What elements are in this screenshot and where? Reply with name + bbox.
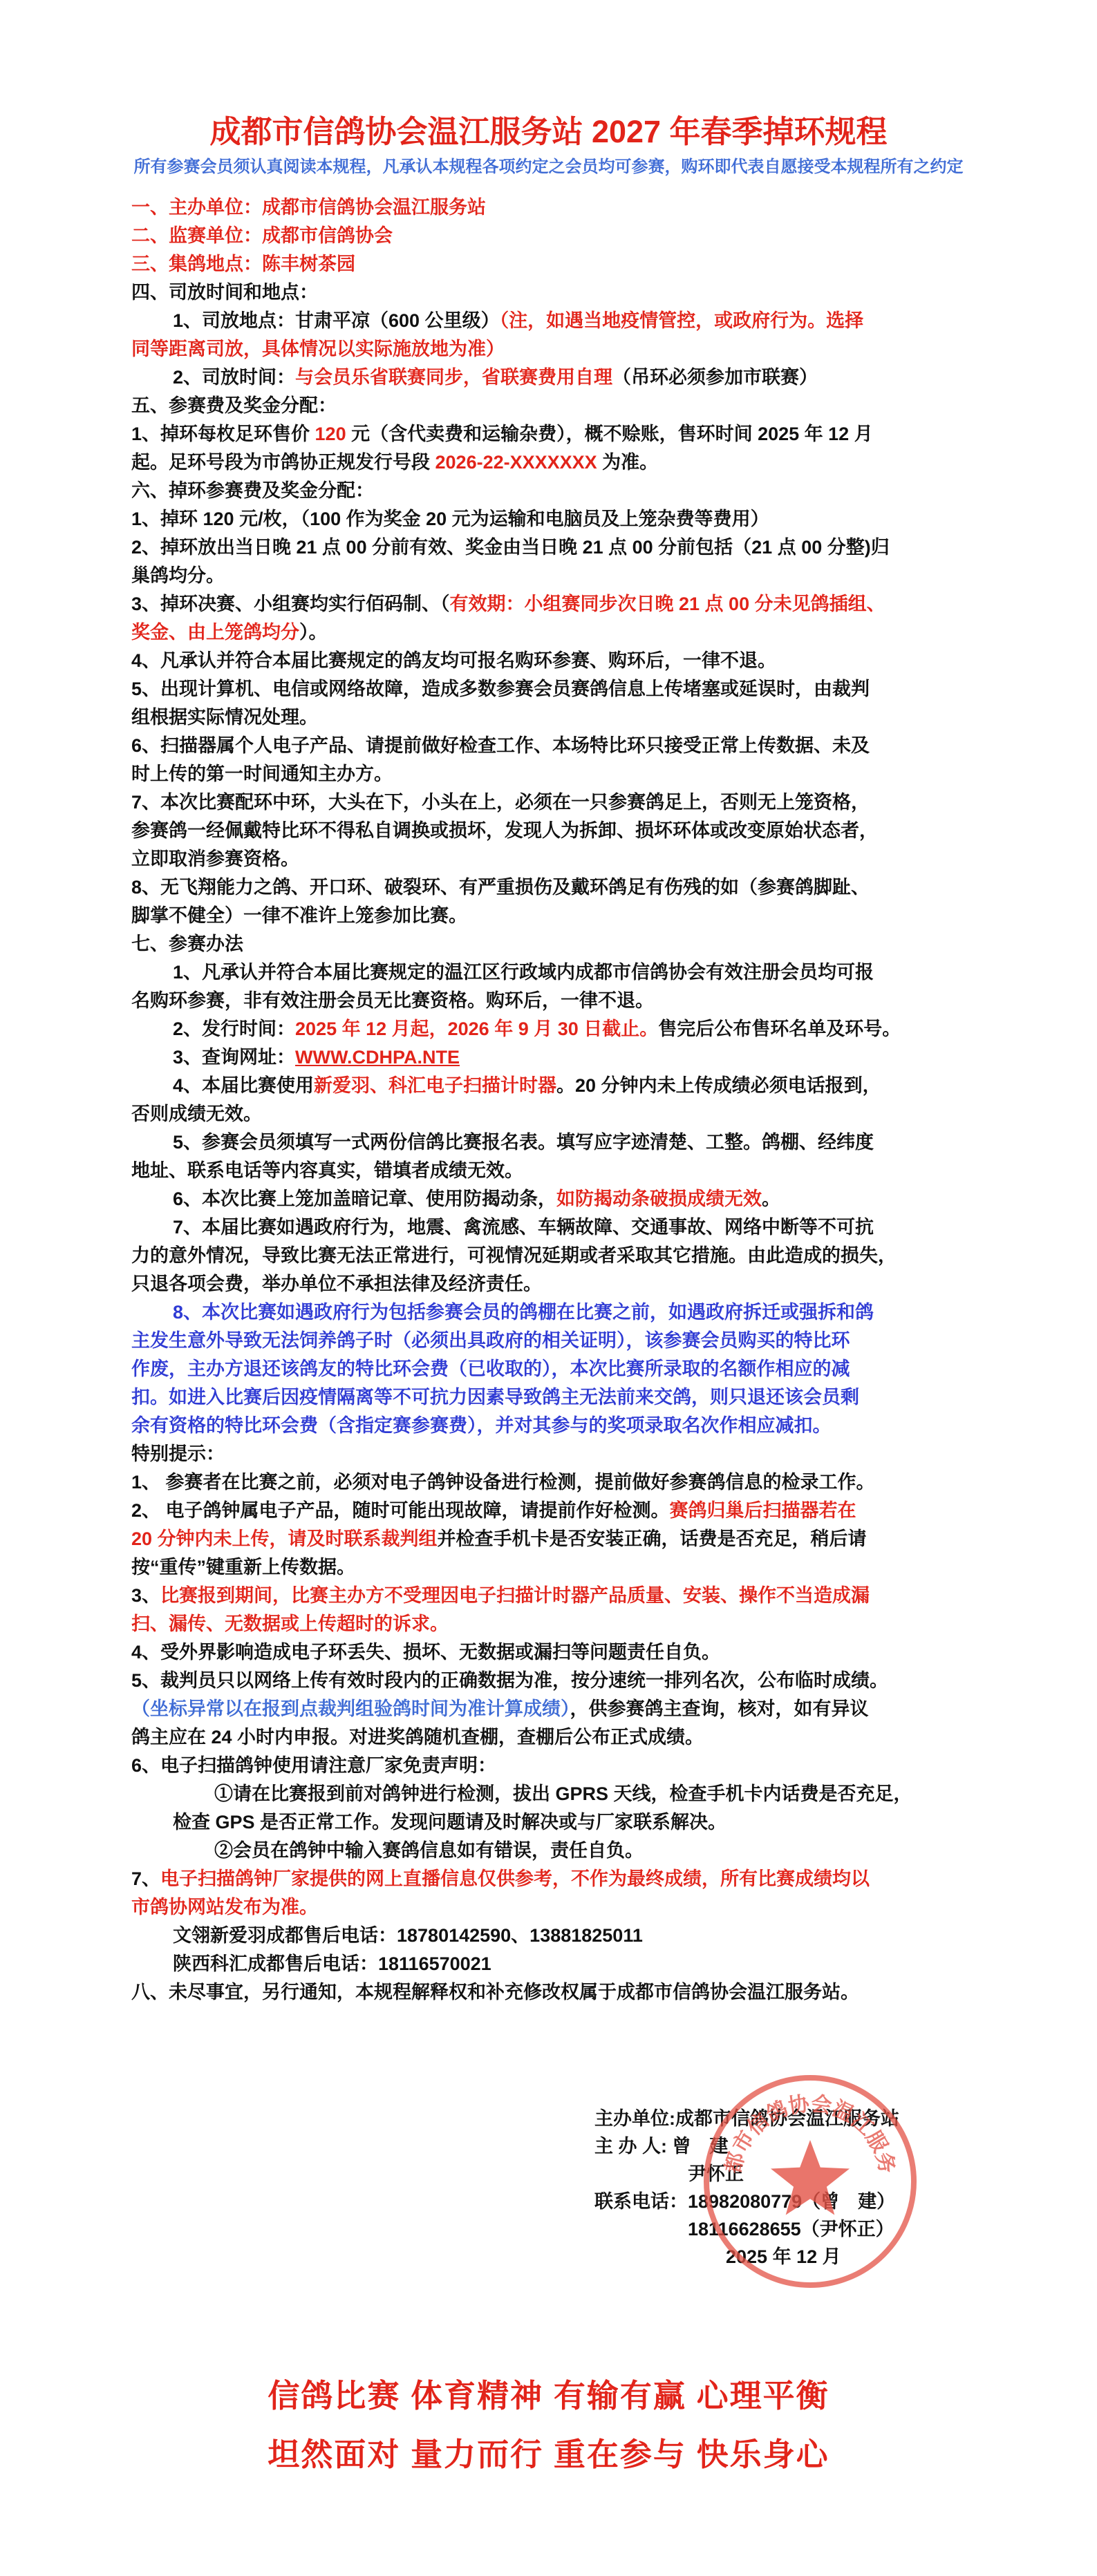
doc-line: 名购环参赛，非有效注册会员无比赛资格。购环后，一律不退。 <box>131 987 966 1015</box>
doc-line: 特别提示： <box>131 1440 966 1468</box>
text-segment: 。20 分钟内未上传成绩必须电话报到， <box>556 1075 881 1096</box>
text-segment: 5、出现计算机、电信或网络故障，造成多数参赛会员赛鸽信息上传堵塞或延误时，由裁判 <box>131 679 870 699</box>
doc-line: 检查 GPS 是否正常工作。发现问题请及时解决或与厂家联系解决。 <box>131 1808 966 1837</box>
text-segment: 奖金、由上笼鸽均分 <box>131 622 299 643</box>
text-segment: 2、 电子鸽钟属电子产品，随时可能出现故障，请提前作好检测。 <box>131 1500 670 1521</box>
doc-line: 2、司放时间：与会员乐省联赛同步，省联赛费用自理（吊环必须参加市联赛） <box>131 363 966 392</box>
doc-line: 组根据实际情况处理。 <box>131 703 966 732</box>
text-segment: 参赛鸽一经佩戴特比环不得私自调换或损坏，发现人为拆卸、损坏环体或改变原始状态者， <box>131 820 878 841</box>
doc-line: 3、比赛报到期间，比赛主办方不受理因电子扫描计时器产品质量、安装、操作不当造成漏 <box>131 1582 966 1610</box>
text-segment: 巢鸽均分。 <box>131 565 225 586</box>
text-segment: 为准。 <box>597 452 659 473</box>
doc-line: 扫、漏传、无数据或上传超时的诉求。 <box>131 1610 966 1638</box>
doc-line: 二、监赛单位：成都市信鸽协会 <box>131 222 966 250</box>
text-segment: 陕西科汇成都售后电话：18116570021 <box>173 1953 491 1974</box>
doc-line: 余有资格的特比环会费（含指定赛参赛费），并对其参与的奖项录取名次作相应减扣。 <box>131 1412 966 1440</box>
text-segment: 6、本次比赛上笼加盖暗记章、使用防揭动条， <box>173 1188 556 1209</box>
doc-line: 五、参赛费及奖金分配： <box>131 392 966 420</box>
text-segment: 7、本届比赛如遇政府行为，地震、禽流感、车辆故障、交通事故、网络中断等不可抗 <box>173 1217 874 1238</box>
text-segment: 3、掉环决赛、小组赛均实行佰码制、（ <box>131 594 450 614</box>
text-segment: 2026-22-XXXXXXX <box>435 452 597 473</box>
doc-line: 扣。如进入比赛后因疫情隔离等不可抗力因素导致鸽主无法前来交鸽，则只退还该会员剩 <box>131 1383 966 1412</box>
document-page: 成都市信鸽协会温江服务站 2027 年春季掉环规程 所有参赛会员须认真阅读本规程… <box>0 0 1097 2576</box>
text-segment: 按“重传”键重新上传数据。 <box>131 1557 355 1578</box>
text-segment: 组根据实际情况处理。 <box>131 707 318 728</box>
doc-line: 四、司放时间和地点： <box>131 278 966 307</box>
doc-line: ①请在比赛报到前对鸽钟进行检测，拔出 GPRS 天线，检查手机卡内话费是否充足， <box>131 1780 966 1808</box>
text-segment: 市鸽协网站发布为准。 <box>131 1897 318 1917</box>
text-segment: ①请在比赛报到前对鸽钟进行检测，拔出 GPRS 天线，检查手机卡内话费是否充足， <box>214 1783 912 1804</box>
text-segment: 元（含代卖费和运输杂费），概不赊账，售环时间 2025 年 12 月 <box>346 424 873 444</box>
text-segment: （坐标异常以在报到点裁判组验鸽时间为准计算成绩） <box>131 1698 570 1719</box>
doc-line: 八、未尽事宜，另行通知，本规程解释权和补充修改权属于成都市信鸽协会温江服务站。 <box>131 1978 966 2007</box>
text-segment: 7、本次比赛配环中环，大头在下，小头在上，必须在一只参赛鸽足上，否则无上笼资格， <box>131 792 870 813</box>
text-segment: 特别提示： <box>131 1443 225 1464</box>
slogan-line-1: 信鸽比赛 体育精神 有输有赢 心理平衡 <box>0 2367 1097 2425</box>
text-segment: 文翎新爱羽成都售后电话：18780142590、13881825011 <box>173 1925 643 1946</box>
text-segment: ，供参赛鸽主查询，核对，如有异议 <box>570 1698 869 1719</box>
doc-content: 成都市信鸽协会温江服务站 2027 年春季掉环规程 所有参赛会员须认真阅读本规程… <box>0 0 1097 2007</box>
text-segment: 1、掉环每枚足环售价 <box>131 424 315 444</box>
text-segment: 6、电子扫描鸽钟使用请注意厂家免责声明： <box>131 1755 496 1776</box>
stamp-star-icon <box>771 2140 850 2215</box>
doc-line: 1、司放地点：甘肃平凉（600 公里级）（注，如遇当地疫情管控，或政府行为。选择 <box>131 307 966 335</box>
text-segment: 8、本次比赛如遇政府行为包括参赛会员的鸽棚在比赛之前，如遇政府拆迁或强拆和鸽 <box>173 1302 874 1323</box>
official-stamp: 成都市信鸽协会温江服务站 <box>691 2063 930 2301</box>
text-segment: 3、查询网址： <box>173 1047 295 1068</box>
doc-line: 力的意外情况，导致比赛无法正常进行，可视情况延期或者采取其它措施。由此造成的损失… <box>131 1242 966 1270</box>
doc-line: 脚掌不健全）一律不准许上笼参加比赛。 <box>131 902 966 930</box>
doc-line: 1、掉环 120 元/枚，（100 作为奖金 20 元为运输和电脑员及上笼杂费等… <box>131 505 966 533</box>
text-segment: 立即取消参赛资格。 <box>131 849 299 869</box>
doc-line: 鸽主应在 24 小时内申报。对进奖鸽随机查棚，查棚后公布正式成绩。 <box>131 1723 966 1752</box>
doc-line: 20 分钟内未上传，请及时联系裁判组并检查手机卡是否安装正确，话费是否充足，稍后… <box>131 1525 966 1553</box>
text-segment: （吊环必须参加市联赛） <box>612 367 818 388</box>
text-segment: 1、 参赛者在比赛之前，必须对电子鸽钟设备进行检测，提前做好参赛鸽信息的检录工作… <box>131 1472 875 1493</box>
doc-line: 2、发行时间：2025 年 12 月起，2026 年 9 月 30 日截止。售完… <box>131 1015 966 1043</box>
doc-line: 7、本届比赛如遇政府行为，地震、禽流感、车辆故障、交通事故、网络中断等不可抗 <box>131 1213 966 1242</box>
doc-line: 5、出现计算机、电信或网络故障，造成多数参赛会员赛鸽信息上传堵塞或延误时，由裁判 <box>131 675 966 703</box>
text-segment: 扫、漏传、无数据或上传超时的诉求。 <box>131 1613 449 1634</box>
text-segment: 八、未尽事宜，另行通知，本规程解释权和补充修改权属于成都市信鸽协会温江服务站。 <box>131 1982 859 2002</box>
text-segment: 4、受外界影响造成电子环丢失、损坏、无数据或漏扫等问题责任自负。 <box>131 1642 720 1663</box>
text-segment: 作废，主办方退还该鸽友的特比环会费（已收取的），本次比赛所录取的名额作相应的减 <box>131 1358 850 1379</box>
text-segment: 1、凡承认并符合本届比赛规定的温江区行政域内成都市信鸽协会有效注册会员均可报 <box>173 962 874 983</box>
doc-title: 成都市信鸽协会温江服务站 2027 年春季掉环规程 <box>131 111 966 153</box>
doc-line: 3、查询网址：WWW.CDHPA.NTE <box>131 1043 966 1072</box>
text-segment: 4、本届比赛使用 <box>173 1075 314 1096</box>
doc-line: 2、 电子鸽钟属电子产品，随时可能出现故障，请提前作好检测。赛鸽归巢后扫描器若在 <box>131 1497 966 1525</box>
doc-line: 5、裁判员只以网络上传有效时段内的正确数据为准，按分速统一排列名次，公布临时成绩… <box>131 1667 966 1695</box>
doc-line: 否则成绩无效。 <box>131 1100 966 1128</box>
doc-line: 时上传的第一时间通知主办方。 <box>131 760 966 788</box>
text-segment: 7、 <box>131 1868 160 1889</box>
text-segment: 。 <box>762 1188 780 1209</box>
doc-line: 三、集鸽地点：陈丰树茶园 <box>131 250 966 278</box>
doc-line: 4、本届比赛使用新爱羽、科汇电子扫描计时器。20 分钟内未上传成绩必须电话报到， <box>131 1072 966 1100</box>
text-segment: 有效期：小组赛同步次日晚 21 点 00 分未见鸽插组、 <box>450 594 885 614</box>
text-segment: 一、主办单位：成都市信鸽协会温江服务站 <box>131 197 486 218</box>
doc-line: 同等距离司放，具体情况以实际施放地为准） <box>131 335 966 363</box>
query-url-link[interactable]: WWW.CDHPA.NTE <box>295 1047 460 1068</box>
doc-line: 1、掉环每枚足环售价 120 元（含代卖费和运输杂费），概不赊账，售环时间 20… <box>131 420 966 448</box>
text-segment: 力的意外情况，导致比赛无法正常进行，可视情况延期或者采取其它措施。由此造成的损失… <box>131 1245 897 1266</box>
text-segment: 鸽主应在 24 小时内申报。对进奖鸽随机查棚，查棚后公布正式成绩。 <box>131 1727 704 1748</box>
doc-line: 起。足环号段为市鸽协正规发行号段 2026-22-XXXXXXX 为准。 <box>131 448 966 477</box>
text-segment: 五、参赛费及奖金分配： <box>131 395 337 416</box>
text-segment: 比赛报到期间，比赛主办方不受理因电子扫描计时器产品质量、安装、操作不当造成漏 <box>160 1585 870 1606</box>
doc-line: ②会员在鸽钟中输入赛鸽信息如有错误，责任自负。 <box>131 1837 966 1865</box>
doc-line: 主发生意外导致无法饲养鸽子时（必须出具政府的相关证明），该参赛会员购买的特比环 <box>131 1327 966 1355</box>
doc-line: 2、掉环放出当日晚 21 点 00 分前有效、奖金由当日晚 21 点 00 分前… <box>131 533 966 562</box>
text-segment: 六、掉环参赛费及奖金分配： <box>131 480 374 501</box>
text-segment: 3、 <box>131 1585 160 1606</box>
doc-line: 巢鸽均分。 <box>131 562 966 590</box>
text-segment: 起。足环号段为市鸽协正规发行号段 <box>131 452 435 473</box>
doc-line: 地址、联系电话等内容真实，错填者成绩无效。 <box>131 1157 966 1185</box>
text-segment: 8、无飞翔能力之鸽、开口环、破裂环、有严重损伤及戴环鸽足有伤残的如（参赛鸽脚趾、 <box>131 877 870 898</box>
text-segment: 扣。如进入比赛后因疫情隔离等不可抗力因素导致鸽主无法前来交鸽，则只退还该会员剩 <box>131 1387 859 1408</box>
text-segment: 4、凡承认并符合本届比赛规定的鸽友均可报名购环参赛、购环后，一律不退。 <box>131 650 776 671</box>
text-segment: 电子扫描鸽钟厂家提供的网上直播信息仅供参考，不作为最终成绩，所有比赛成绩均以 <box>160 1868 870 1889</box>
doc-line: 六、掉环参赛费及奖金分配： <box>131 477 966 505</box>
text-segment: 脚掌不健全）一律不准许上笼参加比赛。 <box>131 905 467 926</box>
doc-line: 5、参赛会员须填写一式两份信鸽比赛报名表。填写应字迹清楚、工整。鸽棚、经纬度 <box>131 1128 966 1157</box>
text-segment: 同等距离司放，具体情况以实际施放地为准） <box>131 339 505 359</box>
doc-line: 3、掉环决赛、小组赛均实行佰码制、（有效期：小组赛同步次日晚 21 点 00 分… <box>131 590 966 618</box>
doc-body: 一、主办单位：成都市信鸽协会温江服务站二、监赛单位：成都市信鸽协会三、集鸽地点：… <box>131 193 966 2007</box>
text-segment: 时上传的第一时间通知主办方。 <box>131 764 393 784</box>
text-segment: 6、扫描器属个人电子产品、请提前做好检查工作、本场特比环只接受正常上传数据、未及 <box>131 735 870 756</box>
text-segment: 检查 GPS 是否正常工作。发现问题请及时解决或与厂家联系解决。 <box>173 1812 726 1832</box>
text-segment: 名购环参赛，非有效注册会员无比赛资格。购环后，一律不退。 <box>131 990 654 1011</box>
doc-line: 6、电子扫描鸽钟使用请注意厂家免责声明： <box>131 1752 966 1780</box>
doc-line: 市鸽协网站发布为准。 <box>131 1893 966 1922</box>
text-segment: 赛鸽归巢后扫描器若在 <box>670 1500 856 1521</box>
text-segment: 四、司放时间和地点： <box>131 282 318 303</box>
slogan-line-2: 坦然面对 量力而行 重在参与 快乐身心 <box>0 2425 1097 2484</box>
doc-line: 只退各项会费，举办单位不承担法律及经济责任。 <box>131 1270 966 1298</box>
text-segment: 5、裁判员只以网络上传有效时段内的正确数据为准，按分速统一排列名次，公布临时成绩… <box>131 1670 888 1691</box>
text-segment: 七、参赛办法 <box>131 934 243 954</box>
text-segment: 主发生意外导致无法饲养鸽子时（必须出具政府的相关证明），该参赛会员购买的特比环 <box>131 1330 850 1351</box>
text-segment: 二、监赛单位：成都市信鸽协会 <box>131 225 393 246</box>
doc-line: 参赛鸽一经佩戴特比环不得私自调换或损坏，发现人为拆卸、损坏环体或改变原始状态者， <box>131 817 966 845</box>
text-segment: 售完后公布售环名单及环号。 <box>658 1019 901 1039</box>
doc-line: 陕西科汇成都售后电话：18116570021 <box>131 1950 966 1978</box>
text-segment: 1、司放地点：甘肃平凉（600 公里级） <box>173 310 500 331</box>
doc-line: 4、凡承认并符合本届比赛规定的鸽友均可报名购环参赛、购环后，一律不退。 <box>131 647 966 675</box>
doc-line: 1、凡承认并符合本届比赛规定的温江区行政域内成都市信鸽协会有效注册会员均可报 <box>131 958 966 987</box>
doc-line: 8、本次比赛如遇政府行为包括参赛会员的鸽棚在比赛之前，如遇政府拆迁或强拆和鸽 <box>131 1298 966 1327</box>
doc-line: 作废，主办方退还该鸽友的特比环会费（已收取的），本次比赛所录取的名额作相应的减 <box>131 1355 966 1383</box>
text-segment: 否则成绩无效。 <box>131 1104 262 1124</box>
text-segment: 如防揭动条破损成绩无效 <box>556 1188 762 1209</box>
doc-line: 一、主办单位：成都市信鸽协会温江服务站 <box>131 193 966 222</box>
doc-line: 七、参赛办法 <box>131 930 966 958</box>
text-segment: （注，如遇当地疫情管控，或政府行为。选择 <box>500 310 864 331</box>
text-segment: 2025 年 12 月起，2026 年 9 月 30 日截止。 <box>295 1019 658 1039</box>
text-segment: 2、发行时间： <box>173 1019 295 1039</box>
text-segment: 余有资格的特比环会费（含指定赛参赛费），并对其参与的奖项录取名次作相应减扣。 <box>131 1415 832 1436</box>
doc-line: 奖金、由上笼鸽均分）。 <box>131 618 966 647</box>
text-segment: 20 分钟内未上传，请及时联系裁判组 <box>131 1528 438 1549</box>
text-segment: 三、集鸽地点：陈丰树茶园 <box>131 254 355 274</box>
doc-line: 4、受外界影响造成电子环丢失、损坏、无数据或漏扫等问题责任自负。 <box>131 1638 966 1667</box>
text-segment: 并检查手机卡是否安装正确，话费是否充足，稍后请 <box>438 1528 867 1549</box>
text-segment: ②会员在鸽钟中输入赛鸽信息如有错误，责任自负。 <box>214 1840 644 1861</box>
doc-line: 1、 参赛者在比赛之前，必须对电子鸽钟设备进行检测，提前做好参赛鸽信息的检录工作… <box>131 1468 966 1497</box>
text-segment: 地址、联系电话等内容真实，错填者成绩无效。 <box>131 1160 523 1181</box>
text-segment: 只退各项会费，举办单位不承担法律及经济责任。 <box>131 1273 542 1294</box>
text-segment: 2、司放时间： <box>173 367 295 388</box>
doc-line: （坐标异常以在报到点裁判组验鸽时间为准计算成绩），供参赛鸽主查询，核对，如有异议 <box>131 1695 966 1723</box>
text-segment: 120 <box>315 424 346 444</box>
doc-subtitle: 所有参赛会员须认真阅读本规程，凡承认本规程各项约定之会员均可参赛，购环即代表自愿… <box>131 153 966 181</box>
text-segment: 2、掉环放出当日晚 21 点 00 分前有效、奖金由当日晚 21 点 00 分前… <box>131 537 890 558</box>
text-segment: 与会员乐省联赛同步，省联赛费用自理 <box>295 367 612 388</box>
slogan-block: 信鸽比赛 体育精神 有输有赢 心理平衡 坦然面对 量力而行 重在参与 快乐身心 <box>0 2367 1097 2484</box>
text-segment: 1、掉环 120 元/枚，（100 作为奖金 20 元为运输和电脑员及上笼杂费等… <box>131 509 769 529</box>
doc-line: 文翎新爱羽成都售后电话：18780142590、13881825011 <box>131 1922 966 1950</box>
doc-line: 8、无飞翔能力之鸽、开口环、破裂环、有严重损伤及戴环鸽足有伤残的如（参赛鸽脚趾、 <box>131 873 966 902</box>
doc-line: 6、扫描器属个人电子产品、请提前做好检查工作、本场特比环只接受正常上传数据、未及 <box>131 732 966 760</box>
text-segment: 新爱羽、科汇电子扫描计时器 <box>314 1075 556 1096</box>
doc-line: 7、本次比赛配环中环，大头在下，小头在上，必须在一只参赛鸽足上，否则无上笼资格， <box>131 788 966 817</box>
doc-line: 7、电子扫描鸽钟厂家提供的网上直播信息仅供参考，不作为最终成绩，所有比赛成绩均以 <box>131 1865 966 1893</box>
text-segment: 5、参赛会员须填写一式两份信鸽比赛报名表。填写应字迹清楚、工整。鸽棚、经纬度 <box>173 1132 874 1153</box>
doc-line: 按“重传”键重新上传数据。 <box>131 1553 966 1582</box>
text-segment: ）。 <box>299 622 328 643</box>
doc-line: 立即取消参赛资格。 <box>131 845 966 873</box>
doc-line: 6、本次比赛上笼加盖暗记章、使用防揭动条，如防揭动条破损成绩无效。 <box>131 1185 966 1213</box>
